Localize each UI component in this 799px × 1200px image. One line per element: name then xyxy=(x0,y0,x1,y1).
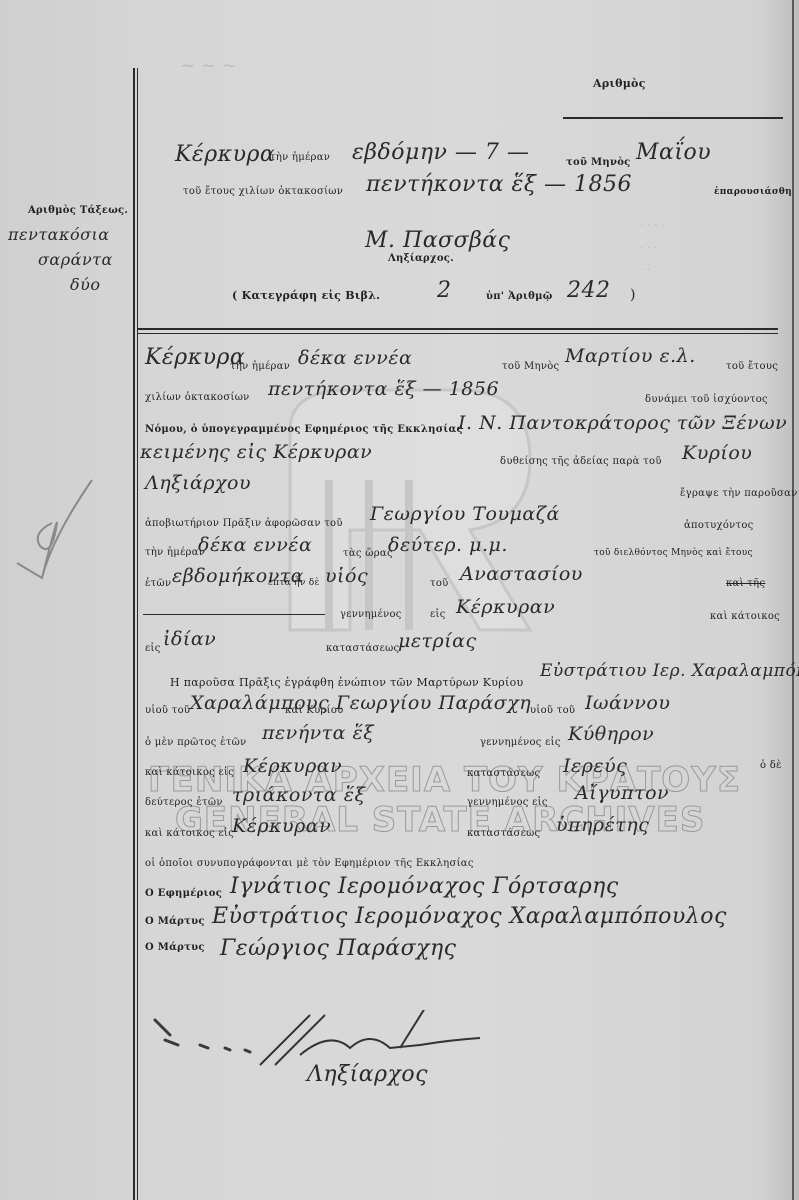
body-hw: μετρίας xyxy=(398,630,477,652)
body-text: εἰς xyxy=(430,609,446,620)
body-text: τὰς ὥρας xyxy=(343,548,393,559)
body-text: Η παροῦσα Πρᾶξις ἐγράφθη ἐνώπιον τῶν Μαρ… xyxy=(170,676,524,689)
body-struck-text: καὶ τῆς xyxy=(726,578,765,589)
signature-role: Ο Εφημέριος xyxy=(145,888,222,899)
body-hw: πεντήκοντα ἕξ — 1856 xyxy=(268,378,499,400)
registrar-flourish-icon xyxy=(150,1010,510,1070)
body-hw: τριάκοντα ἕξ xyxy=(232,784,365,806)
registration-close: ) xyxy=(630,287,636,303)
signature-witness-2-hw: Γεώργιος Παράσχης xyxy=(220,936,456,961)
body-hw: Κέρκυραν xyxy=(243,755,342,777)
body-hw: δέκα εννέα xyxy=(298,347,412,369)
body-text: τοῦ διελθόντος Μηνὸς καὶ ἔτους xyxy=(594,548,753,558)
body-hw: Κυρίου xyxy=(682,442,752,464)
signature-witness-1-hw: Εὐστράτιος Ιερομόναχος Χαραλαμπόπουλος xyxy=(212,904,727,929)
order-number-label: Αριθμὸς Τάξεως. xyxy=(28,205,128,216)
body-hw: Κέρκυραν xyxy=(232,815,331,837)
header-day-label: τὴν ἡμέραν xyxy=(270,152,330,163)
number-label: Αριθμὸς xyxy=(593,77,646,90)
registrar-signature-hw: Μ. Πασσβάς xyxy=(365,228,511,253)
body-text: ὁ δὲ xyxy=(760,760,782,771)
body-text: γεννημένος εἰς xyxy=(467,797,548,808)
body-hw: ὑπηρέτης xyxy=(556,814,649,836)
registration-number-label: ὑπ' Ἀριθμῷ xyxy=(486,291,553,302)
body-hw: Αναστασίου xyxy=(460,563,583,585)
body-text: τοῦ Μηνὸς xyxy=(502,361,559,372)
body-hw: υἱός xyxy=(325,565,368,587)
body-text: ἐτῶν xyxy=(145,578,171,589)
body-text: τὴν ἡμέραν xyxy=(230,361,290,372)
registration-label: ( Κατεγράφη εἰς Βιβλ. xyxy=(232,289,380,302)
body-text: τὴν ἡμέραν xyxy=(145,547,205,558)
body-hw: Ι. Ν. Παντοκράτορος τῶν Ξένων xyxy=(458,412,787,434)
final-registrar-title-hw: Ληξίαρχος xyxy=(307,1062,428,1087)
header-rule xyxy=(563,117,783,119)
body-hw: Κέρκυραν xyxy=(456,596,555,618)
body-hw: κειμένης εἰς Κέρκυραν xyxy=(140,441,372,463)
section-double-rule xyxy=(138,333,778,334)
body-text: ὁ μὲν πρῶτος ἐτῶν xyxy=(145,737,247,748)
body-text: καὶ κάτοικος εἰς xyxy=(145,767,234,778)
body-hw: Γεωργίου Παράσχη xyxy=(336,692,531,714)
body-hw: Μαρτίου ε.λ. xyxy=(565,345,696,367)
body-hw: δέκα εννέα xyxy=(198,534,312,556)
signature-priest-hw: Ιγνάτιος Ιερομόναχος Γόρτσαρης xyxy=(230,874,619,899)
blank-line xyxy=(143,614,325,615)
header-presented-label: ἐπαρουσιάσθη xyxy=(714,187,792,197)
pencil-mark-icon xyxy=(12,478,97,588)
body-hw: πενήντα ἕξ xyxy=(262,722,374,744)
body-text: καταστάσεως xyxy=(467,828,540,839)
body-text: υἱοῦ τοῦ xyxy=(530,705,575,716)
body-text: ἀποβιωτήριον Πρᾶξιν ἀφορῶσαν τοῦ xyxy=(145,518,343,529)
body-hw: δεύτερ. μ.μ. xyxy=(388,534,508,556)
body-text: καὶ Κυρίου xyxy=(285,705,344,716)
body-text: καταστάσεως xyxy=(467,768,540,779)
body-text: ἀποτυχόντος xyxy=(684,520,754,531)
body-text: εἰς xyxy=(145,643,161,654)
section-double-rule xyxy=(138,328,778,330)
order-number-hw-1: πεντακόσια xyxy=(8,225,110,244)
body-text: τοῦ ἔτους xyxy=(726,361,778,372)
body-text: γεννημένος εἰς xyxy=(480,737,561,748)
margin-rule xyxy=(133,68,135,1200)
body-text: ἑπτὰ ἦν δὲ xyxy=(268,578,320,588)
body-text: ἔγραψε τὴν παροῦσαν xyxy=(680,488,798,499)
body-hw: Αἴγυπτον xyxy=(575,782,669,804)
header-day-hw: εβδόμην — 7 — xyxy=(352,140,529,165)
body-hw: Κύθηρον xyxy=(568,723,654,745)
body-text: δυθείσης τῆς ἀδείας παρὰ τοῦ xyxy=(500,456,662,467)
body-deceased-hw: Γεωργίου Τουμαζά xyxy=(370,503,560,525)
header-month-hw: Μαΐου xyxy=(636,140,711,165)
body-text: καὶ κάτοικος εἰς xyxy=(145,828,234,839)
bleed-through-text: · · · ·· · ·· · xyxy=(640,215,664,281)
body-text: χιλίων ὀκτακοσίων xyxy=(145,392,250,403)
bleed-through-text: ~ ~ ~ xyxy=(180,55,237,76)
body-text: οἱ ὁποῖοι συνυπογράφονται μὲ τὸν Εφημέρι… xyxy=(145,858,474,869)
header-place-hw: Κέρκυρα xyxy=(175,142,275,167)
body-text: δυνάμει τοῦ ἰσχύοντος xyxy=(645,394,768,405)
body-text: υἱοῦ τοῦ xyxy=(145,705,190,716)
signature-role: Ο Μάρτυς xyxy=(145,942,205,953)
order-number-hw-3: δύο xyxy=(70,275,101,294)
header-year-hw: πεντήκοντα ἕξ — 1856 xyxy=(366,172,632,197)
signature-role: Ο Μάρτυς xyxy=(145,916,205,927)
body-text: τοῦ xyxy=(430,578,449,589)
margin-rule xyxy=(137,68,138,1200)
body-hw: Ιωάννου xyxy=(585,692,670,714)
order-number-hw-2: σαράντα xyxy=(38,250,113,269)
body-witness-hw: Εὐστράτιου Ιερ. Χαραλαμπόπουλου xyxy=(540,661,799,681)
body-hw: ἰδίαν xyxy=(163,628,216,650)
body-text: καὶ κάτοικος xyxy=(710,611,780,622)
body-text: καταστάσεως xyxy=(326,643,399,654)
header-month-label: τοῦ Μηνὸς xyxy=(566,157,631,168)
registrar-title: Ληξίαρχος. xyxy=(388,253,454,264)
body-text: δεύτερος ἐτῶν xyxy=(145,797,223,808)
body-text: Νόμου, ὁ ὑπογεγραμμένος Εφημέριος τῆς Εκ… xyxy=(145,424,463,435)
page-edge xyxy=(792,0,794,1200)
registration-number-hw: 242 xyxy=(567,278,611,303)
body-hw: Ληξιάρχου xyxy=(145,472,251,494)
body-hw: Ιερεύς xyxy=(563,755,627,777)
header-year-label: τοῦ ἔτους χιλίων ὀκτακοσίων xyxy=(183,186,343,197)
registration-book-hw: 2 xyxy=(437,278,452,303)
body-text: γεννημένος xyxy=(340,609,402,620)
scanned-page: ~ ~ ~ · · · ·· · ·· · ΓΕΝΙΚΑ ΑΡΧΕΙΑ ΤΟΥ … xyxy=(0,0,799,1200)
